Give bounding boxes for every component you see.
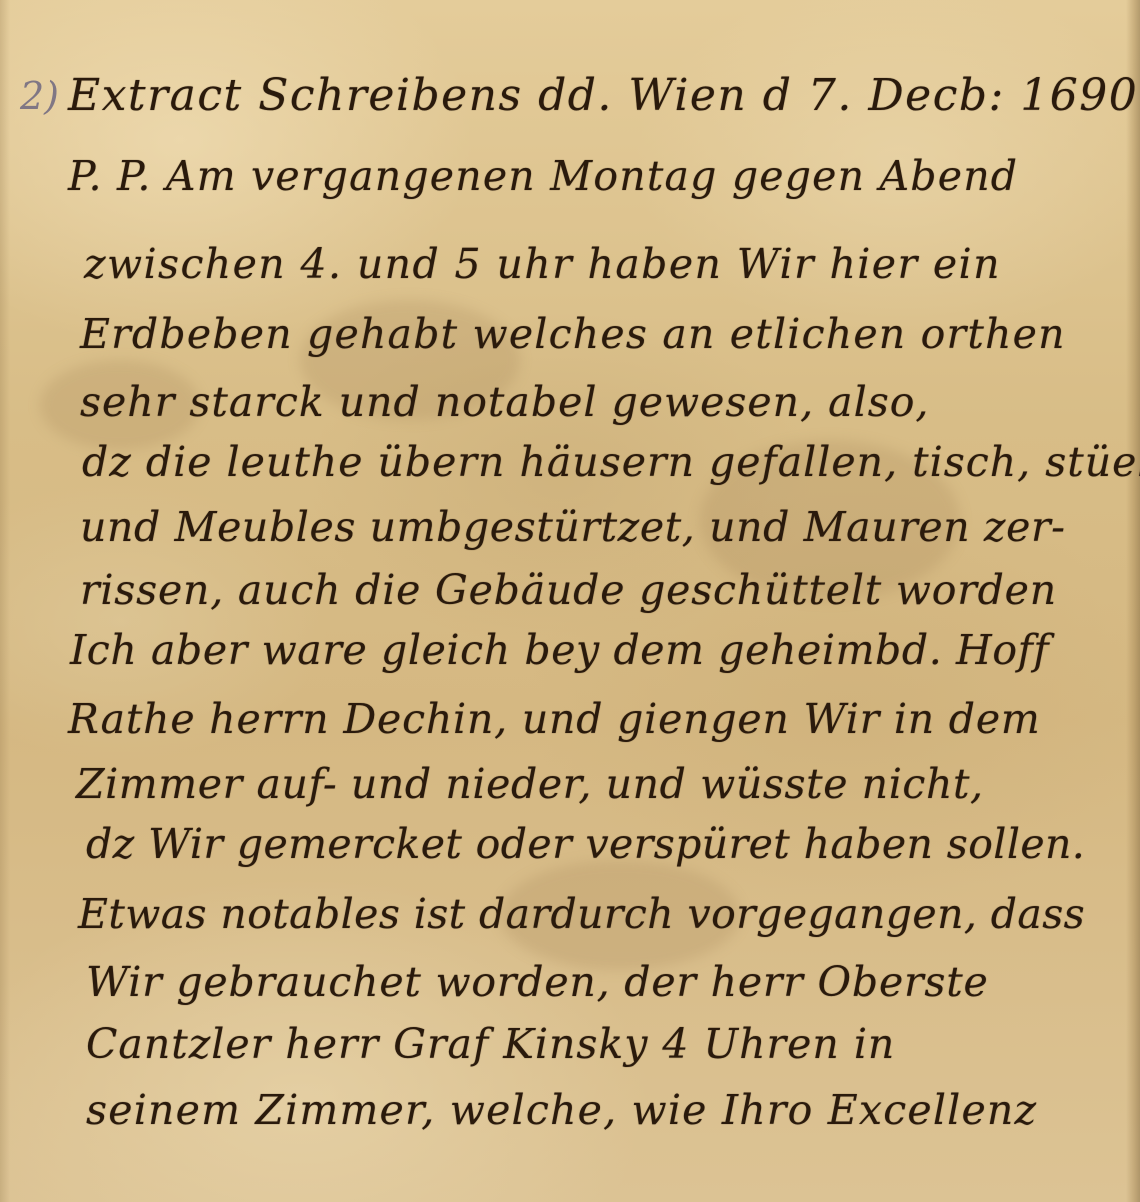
letter-line: Cantzler herr Graf Kinsky 4 Uhren in: [86, 1020, 895, 1068]
letter-line: P. P. Am vergangenen Montag gegen Abend: [68, 152, 1018, 200]
letter-line: und Meubles umbgestürtzet, und Mauren ze…: [80, 503, 1066, 551]
letter-heading: Extract Schreibens dd. Wien d 7. Decb: 1…: [68, 70, 1140, 121]
paper-right-edge: [1126, 0, 1140, 1202]
margin-annotation: 2): [20, 74, 59, 118]
letter-line: Erdbeben gehabt welches an etlichen orth…: [80, 310, 1066, 358]
letter-line: zwischen 4. und 5 uhr haben Wir hier ein: [84, 240, 1001, 288]
paper-left-edge: [0, 0, 10, 1202]
letter-line: Ich aber ware gleich bey dem geheimbd. H…: [70, 626, 1049, 674]
letter-line: dz die leuthe übern häusern gefallen, ti…: [82, 438, 1140, 486]
letter-line: rissen, auch die Gebäude geschüttelt wor…: [80, 566, 1057, 614]
letter-line: Wir gebrauchet worden, der herr Oberste: [86, 958, 989, 1006]
letter-line: seinem Zimmer, welche, wie Ihro Excellen…: [86, 1086, 1037, 1134]
letter-line: Zimmer auf- und nieder, und wüsste nicht…: [76, 760, 984, 808]
letter-line: dz Wir gemercket oder verspüret haben so…: [86, 820, 1085, 868]
letter-line: Etwas notables ist dardurch vorgegangen,…: [78, 890, 1085, 938]
document-page: 2) Extract Schreibens dd. Wien d 7. Decb…: [0, 0, 1140, 1202]
letter-line: sehr starck und notabel gewesen, also,: [80, 378, 929, 426]
letter-line: Rathe herrn Dechin, und giengen Wir in d…: [68, 695, 1041, 743]
